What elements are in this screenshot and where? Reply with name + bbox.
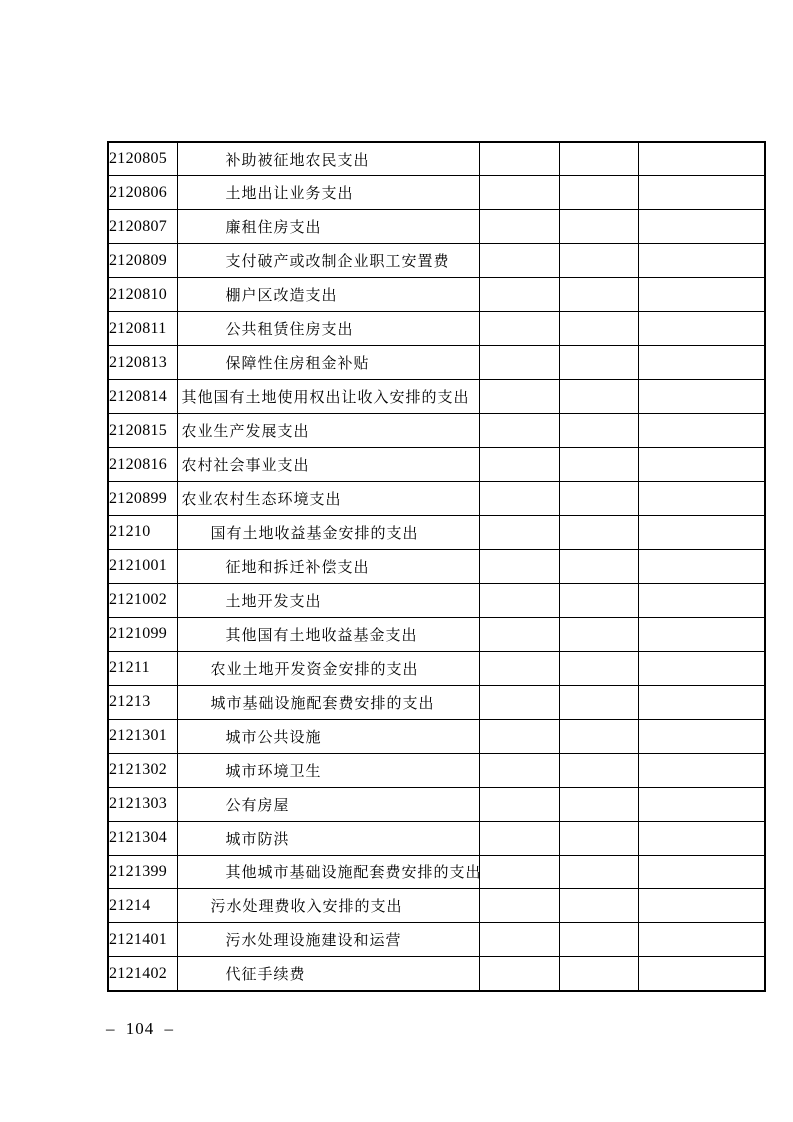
empty-cell-3 [638, 651, 765, 685]
budget-code: 2121001 [108, 549, 177, 583]
empty-cell-3 [638, 889, 765, 923]
budget-item-name: 公共租赁住房支出 [177, 312, 479, 346]
empty-cell-3 [638, 583, 765, 617]
table-row: 2121401 污水处理设施建设和运营 [108, 923, 765, 957]
table-row: 2121301 城市公共设施 [108, 719, 765, 753]
empty-cell-2 [559, 787, 638, 821]
empty-cell-2 [559, 549, 638, 583]
budget-item-name: 城市公共设施 [177, 719, 479, 753]
empty-cell-3 [638, 176, 765, 210]
table-row: 21213 城市基础设施配套费安排的支出 [108, 685, 765, 719]
empty-cell-1 [479, 923, 559, 957]
table-row: 2120815 农业生产发展支出 [108, 414, 765, 448]
empty-cell-3 [638, 787, 765, 821]
budget-code: 2120811 [108, 312, 177, 346]
budget-code: 2120806 [108, 176, 177, 210]
empty-cell-1 [479, 515, 559, 549]
budget-item-name: 其他城市基础设施配套费安排的支出 [177, 855, 479, 889]
empty-cell-3 [638, 278, 765, 312]
table-row: 2121099 其他国有土地收益基金支出 [108, 617, 765, 651]
table-row: 2120814 其他国有土地使用权出让收入安排的支出 [108, 380, 765, 414]
budget-code: 2121302 [108, 753, 177, 787]
document-page: 2120805 补助被征地农民支出 2120806 土地出让业务支出 21208… [0, 0, 793, 1122]
budget-item-name: 农村社会事业支出 [177, 448, 479, 482]
budget-code: 2121002 [108, 583, 177, 617]
empty-cell-3 [638, 210, 765, 244]
table-row: 2121399 其他城市基础设施配套费安排的支出 [108, 855, 765, 889]
budget-code: 2121402 [108, 957, 177, 991]
empty-cell-3 [638, 753, 765, 787]
empty-cell-1 [479, 346, 559, 380]
empty-cell-2 [559, 210, 638, 244]
budget-item-name: 污水处理费收入安排的支出 [177, 889, 479, 923]
empty-cell-1 [479, 448, 559, 482]
table-row: 2120813 保障性住房租金补贴 [108, 346, 765, 380]
budget-code: 2120809 [108, 244, 177, 278]
empty-cell-1 [479, 787, 559, 821]
budget-code: 2120807 [108, 210, 177, 244]
budget-item-name: 土地开发支出 [177, 583, 479, 617]
table-row: 21210 国有土地收益基金安排的支出 [108, 515, 765, 549]
budget-code: 2121303 [108, 787, 177, 821]
empty-cell-1 [479, 821, 559, 855]
empty-cell-2 [559, 855, 638, 889]
empty-cell-3 [638, 957, 765, 991]
empty-cell-2 [559, 719, 638, 753]
budget-code: 2120810 [108, 278, 177, 312]
empty-cell-2 [559, 617, 638, 651]
budget-item-name: 城市基础设施配套费安排的支出 [177, 685, 479, 719]
empty-cell-3 [638, 685, 765, 719]
budget-code: 2121401 [108, 923, 177, 957]
budget-item-name: 征地和拆迁补偿支出 [177, 549, 479, 583]
table-row: 2120807 廉租住房支出 [108, 210, 765, 244]
empty-cell-2 [559, 515, 638, 549]
empty-cell-1 [479, 651, 559, 685]
empty-cell-3 [638, 719, 765, 753]
empty-cell-1 [479, 482, 559, 516]
budget-item-name: 城市防洪 [177, 821, 479, 855]
empty-cell-1 [479, 142, 559, 176]
table-row: 2121402 代征手续费 [108, 957, 765, 991]
table-row: 2121302 城市环境卫生 [108, 753, 765, 787]
empty-cell-1 [479, 414, 559, 448]
empty-cell-2 [559, 448, 638, 482]
budget-code: 2120813 [108, 346, 177, 380]
empty-cell-1 [479, 753, 559, 787]
budget-code: 2121301 [108, 719, 177, 753]
empty-cell-2 [559, 142, 638, 176]
table-row: 2120806 土地出让业务支出 [108, 176, 765, 210]
empty-cell-2 [559, 278, 638, 312]
empty-cell-3 [638, 244, 765, 278]
table-row: 2120809 支付破产或改制企业职工安置费 [108, 244, 765, 278]
table-row: 2121001 征地和拆迁补偿支出 [108, 549, 765, 583]
budget-item-name: 农业农村生态环境支出 [177, 482, 479, 516]
empty-cell-3 [638, 482, 765, 516]
empty-cell-2 [559, 821, 638, 855]
budget-code: 21213 [108, 685, 177, 719]
empty-cell-2 [559, 685, 638, 719]
table-row: 2120899 农业农村生态环境支出 [108, 482, 765, 516]
empty-cell-2 [559, 414, 638, 448]
table-row: 2121303 公有房屋 [108, 787, 765, 821]
empty-cell-1 [479, 583, 559, 617]
empty-cell-1 [479, 855, 559, 889]
empty-cell-1 [479, 210, 559, 244]
budget-item-name: 保障性住房租金补贴 [177, 346, 479, 380]
budget-item-name: 其他国有土地使用权出让收入安排的支出 [177, 380, 479, 414]
budget-item-name: 农业土地开发资金安排的支出 [177, 651, 479, 685]
budget-item-name: 城市环境卫生 [177, 753, 479, 787]
empty-cell-2 [559, 346, 638, 380]
budget-classification-table: 2120805 补助被征地农民支出 2120806 土地出让业务支出 21208… [107, 141, 766, 992]
empty-cell-2 [559, 651, 638, 685]
empty-cell-2 [559, 176, 638, 210]
budget-item-name: 公有房屋 [177, 787, 479, 821]
budget-code: 2121099 [108, 617, 177, 651]
budget-code: 21211 [108, 651, 177, 685]
empty-cell-3 [638, 515, 765, 549]
empty-cell-2 [559, 889, 638, 923]
empty-cell-1 [479, 549, 559, 583]
empty-cell-2 [559, 244, 638, 278]
empty-cell-2 [559, 583, 638, 617]
table-row: 2120811 公共租赁住房支出 [108, 312, 765, 346]
empty-cell-1 [479, 617, 559, 651]
empty-cell-3 [638, 855, 765, 889]
empty-cell-1 [479, 278, 559, 312]
empty-cell-2 [559, 312, 638, 346]
budget-code: 2120816 [108, 448, 177, 482]
empty-cell-3 [638, 448, 765, 482]
budget-code: 2120815 [108, 414, 177, 448]
empty-cell-2 [559, 753, 638, 787]
budget-code: 2121304 [108, 821, 177, 855]
empty-cell-3 [638, 617, 765, 651]
empty-cell-2 [559, 482, 638, 516]
budget-item-name: 污水处理设施建设和运营 [177, 923, 479, 957]
empty-cell-1 [479, 719, 559, 753]
budget-code: 21214 [108, 889, 177, 923]
budget-item-name: 农业生产发展支出 [177, 414, 479, 448]
empty-cell-3 [638, 923, 765, 957]
empty-cell-2 [559, 380, 638, 414]
budget-code: 2120805 [108, 142, 177, 176]
budget-item-name: 支付破产或改制企业职工安置费 [177, 244, 479, 278]
empty-cell-2 [559, 923, 638, 957]
budget-code: 2120899 [108, 482, 177, 516]
table-row: 2120816 农村社会事业支出 [108, 448, 765, 482]
empty-cell-1 [479, 889, 559, 923]
budget-item-name: 代征手续费 [177, 957, 479, 991]
budget-item-name: 补助被征地农民支出 [177, 142, 479, 176]
empty-cell-3 [638, 346, 765, 380]
empty-cell-1 [479, 685, 559, 719]
table-row: 2120810 棚户区改造支出 [108, 278, 765, 312]
table-row: 21214 污水处理费收入安排的支出 [108, 889, 765, 923]
budget-code: 2120814 [108, 380, 177, 414]
empty-cell-1 [479, 957, 559, 991]
table-row: 2121002 土地开发支出 [108, 583, 765, 617]
table-row: 2120805 补助被征地农民支出 [108, 142, 765, 176]
empty-cell-1 [479, 312, 559, 346]
budget-item-name: 廉租住房支出 [177, 210, 479, 244]
budget-item-name: 土地出让业务支出 [177, 176, 479, 210]
empty-cell-3 [638, 142, 765, 176]
budget-item-name: 其他国有土地收益基金支出 [177, 617, 479, 651]
empty-cell-3 [638, 549, 765, 583]
empty-cell-3 [638, 380, 765, 414]
empty-cell-1 [479, 244, 559, 278]
empty-cell-3 [638, 312, 765, 346]
budget-item-name: 国有土地收益基金安排的支出 [177, 515, 479, 549]
empty-cell-3 [638, 414, 765, 448]
table-row: 2121304 城市防洪 [108, 821, 765, 855]
budget-code: 21210 [108, 515, 177, 549]
page-number: – 104 – [106, 1019, 174, 1039]
table-row: 21211 农业土地开发资金安排的支出 [108, 651, 765, 685]
empty-cell-1 [479, 380, 559, 414]
budget-item-name: 棚户区改造支出 [177, 278, 479, 312]
budget-code: 2121399 [108, 855, 177, 889]
empty-cell-1 [479, 176, 559, 210]
empty-cell-2 [559, 957, 638, 991]
empty-cell-3 [638, 821, 765, 855]
